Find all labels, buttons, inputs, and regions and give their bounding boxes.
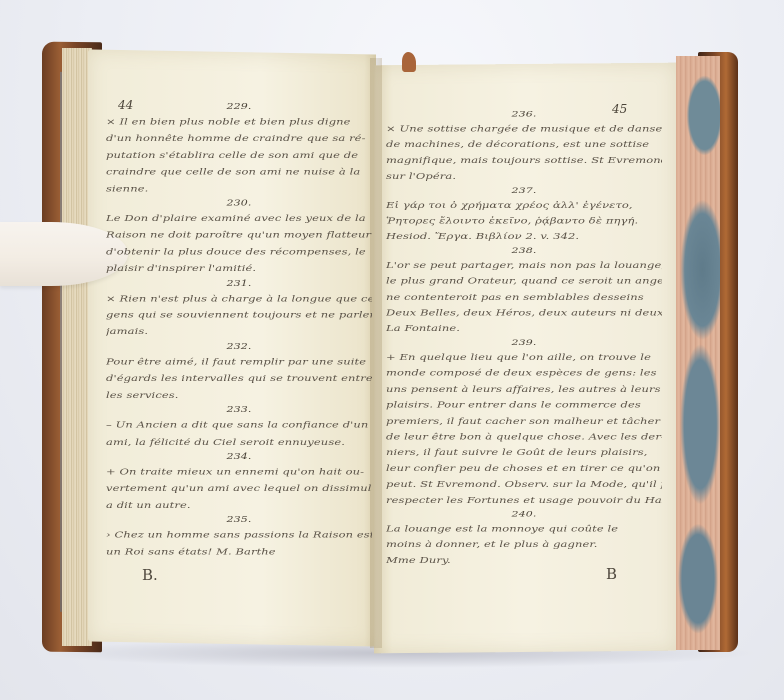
entry-number: 234. <box>106 450 372 463</box>
entry-230: 230.Le Don d'plaire examiné avec les yeu… <box>106 197 372 277</box>
handwritten-line: les services. <box>106 387 372 404</box>
handwritten-line: leur confier peu de choses et en tirer c… <box>386 460 662 476</box>
handwritten-line: respecter les Fortunes et usage pouvoir … <box>386 492 662 508</box>
handwritten-line: le plus grand Orateur, quand ce seroit u… <box>386 273 662 289</box>
handwritten-line: premiers, il faut cacher son malheur et … <box>386 413 662 429</box>
entry-231: 231.× Rien n'est plus à charge à la long… <box>106 277 372 340</box>
left-signature-mark: B. <box>142 566 158 584</box>
handwritten-line: moins à donner, et le plus à gagner. <box>386 537 662 553</box>
handwritten-line: de leur être bon à quelque chose. Avec l… <box>386 429 662 445</box>
handwritten-line: niers, il faut suivre le Goût de leurs p… <box>386 445 662 461</box>
handwritten-line: – Un Ancien a dit que sans la confiance … <box>106 417 372 434</box>
handwritten-line: monde composé de deux espèces de gens: l… <box>386 365 662 381</box>
entry-235: 235.› Chez un homme sans passions la Rai… <box>106 513 372 560</box>
handwritten-line: putation s'établira celle de son ami que… <box>106 147 372 164</box>
entry-238: 238.L'or se peut partager, mais non pas … <box>386 245 662 337</box>
handwritten-line: × Il en bien plus noble et bien plus dig… <box>106 113 372 130</box>
handwritten-line: peut. St Evremond. Observ. sur la Mode, … <box>386 476 662 492</box>
handwritten-line: un Roi sans états! M. Barthe <box>106 543 372 560</box>
handwritten-line: Ῥητορες ἔλοιντο ἐκεῖνο, ῥᾴβαντο δὲ πηγή. <box>386 213 662 229</box>
ribbon-marker <box>402 52 416 72</box>
handwritten-line: Le Don d'plaire examiné avec les yeux de… <box>106 210 372 227</box>
right-signature-mark: B <box>606 565 617 583</box>
handwritten-line: magnifique, mais toujours sottise. St Ev… <box>386 152 662 168</box>
entry-240: 240.La louange est la monnoye qui coûte … <box>386 508 662 568</box>
handwritten-line: ne contenteroit pas en semblables dessei… <box>386 289 662 305</box>
entry-number: 237. <box>386 184 662 197</box>
handwritten-line: Εἰ γάρ τοι ὁ χρήματα χρέος ἀλλ' ἐγένετο, <box>386 197 662 213</box>
handwritten-line: plaisirs. Pour entrer dans le commerce d… <box>386 397 662 413</box>
entry-number: 235. <box>106 513 372 526</box>
handwritten-line: plaisir d'inspirer l'amitié. <box>106 260 372 277</box>
entry-239: 239.+ En quelque lieu que l'on aille, on… <box>386 337 662 508</box>
handwritten-line: craindre que celle de son ami ne nuise à… <box>106 163 372 180</box>
handwritten-line: Hesiod. Ἔργα. Βιβλίον 2. v. 342. <box>386 229 662 245</box>
handwritten-line: a dit un autre. <box>106 497 372 514</box>
entry-number: 229. <box>106 100 372 113</box>
handwritten-line: › Chez un homme sans passions la Raison … <box>106 527 372 544</box>
handwritten-line: ami, la félicité du Ciel seroit ennuyeus… <box>106 433 372 450</box>
handwritten-line: Raison ne doit paroître qu'un moyen flat… <box>106 227 372 244</box>
entry-number: 239. <box>386 337 662 350</box>
entry-234: 234.+ On traite mieux un ennemi qu'on ha… <box>106 450 372 513</box>
entry-number: 238. <box>386 245 662 258</box>
handwritten-line: La Fontaine. <box>386 321 662 337</box>
handwritten-line: × Rien n'est plus à charge à la longue q… <box>106 290 372 307</box>
entry-236: 236.× Une sottise chargée de musique et … <box>386 108 662 184</box>
handwritten-line: × Une sottise chargée de musique et de d… <box>386 121 662 137</box>
entry-232: 232.Pour être aimé, il faut remplir par … <box>106 340 372 403</box>
entry-number: 233. <box>106 403 372 416</box>
left-page-handwriting: 229.× Il en bien plus noble et bien plus… <box>106 100 372 560</box>
handwritten-line: gens qui se souviennent toujours et ne p… <box>106 307 372 324</box>
handwritten-line: de machines, de décorations, est une sot… <box>386 137 662 153</box>
entry-number: 231. <box>106 277 372 290</box>
handwritten-line: Deux Belles, deux Héros, deux auteurs ni… <box>386 305 662 321</box>
handwritten-line: jamais. <box>106 323 372 340</box>
handwritten-line: vertement qu'un ami avec lequel on dissi… <box>106 480 372 497</box>
entry-number: 236. <box>386 108 662 121</box>
entry-number: 240. <box>386 508 662 521</box>
entry-233: 233.– Un Ancien a dit que sans la confia… <box>106 403 372 450</box>
handwritten-line: Mme Dury. <box>386 552 662 568</box>
handwritten-line: + En quelque lieu que l'on aille, on tro… <box>386 349 662 365</box>
handwritten-line: La louange est la monnoye qui coûte le <box>386 521 662 537</box>
handwritten-line: d'égards les intervalles qui se trouvent… <box>106 370 372 387</box>
handwritten-line: Pour être aimé, il faut remplir par une … <box>106 353 372 370</box>
entry-237: 237.Εἰ γάρ τοι ὁ χρήματα χρέος ἀλλ' ἐγέν… <box>386 184 662 244</box>
handwritten-line: uns pensent à leurs affaires, les autres… <box>386 381 662 397</box>
right-page-handwriting: 236.× Une sottise chargée de musique et … <box>386 108 662 568</box>
handwritten-line: sienne. <box>106 180 372 197</box>
entry-number: 230. <box>106 197 372 210</box>
entry-229: 229.× Il en bien plus noble et bien plus… <box>106 100 372 197</box>
marbled-page-edges <box>676 56 720 650</box>
handwritten-line: L'or se peut partager, mais non pas la l… <box>386 257 662 273</box>
handwritten-line: d'obtenir la plus douce des récompenses,… <box>106 243 372 260</box>
entry-number: 232. <box>106 340 372 353</box>
handwritten-line: d'un honnête homme de craindre que sa ré… <box>106 130 372 147</box>
handwritten-line: + On traite mieux un ennemi qu'on hait o… <box>106 463 372 480</box>
handwritten-line: sur l'Opéra. <box>386 168 662 184</box>
